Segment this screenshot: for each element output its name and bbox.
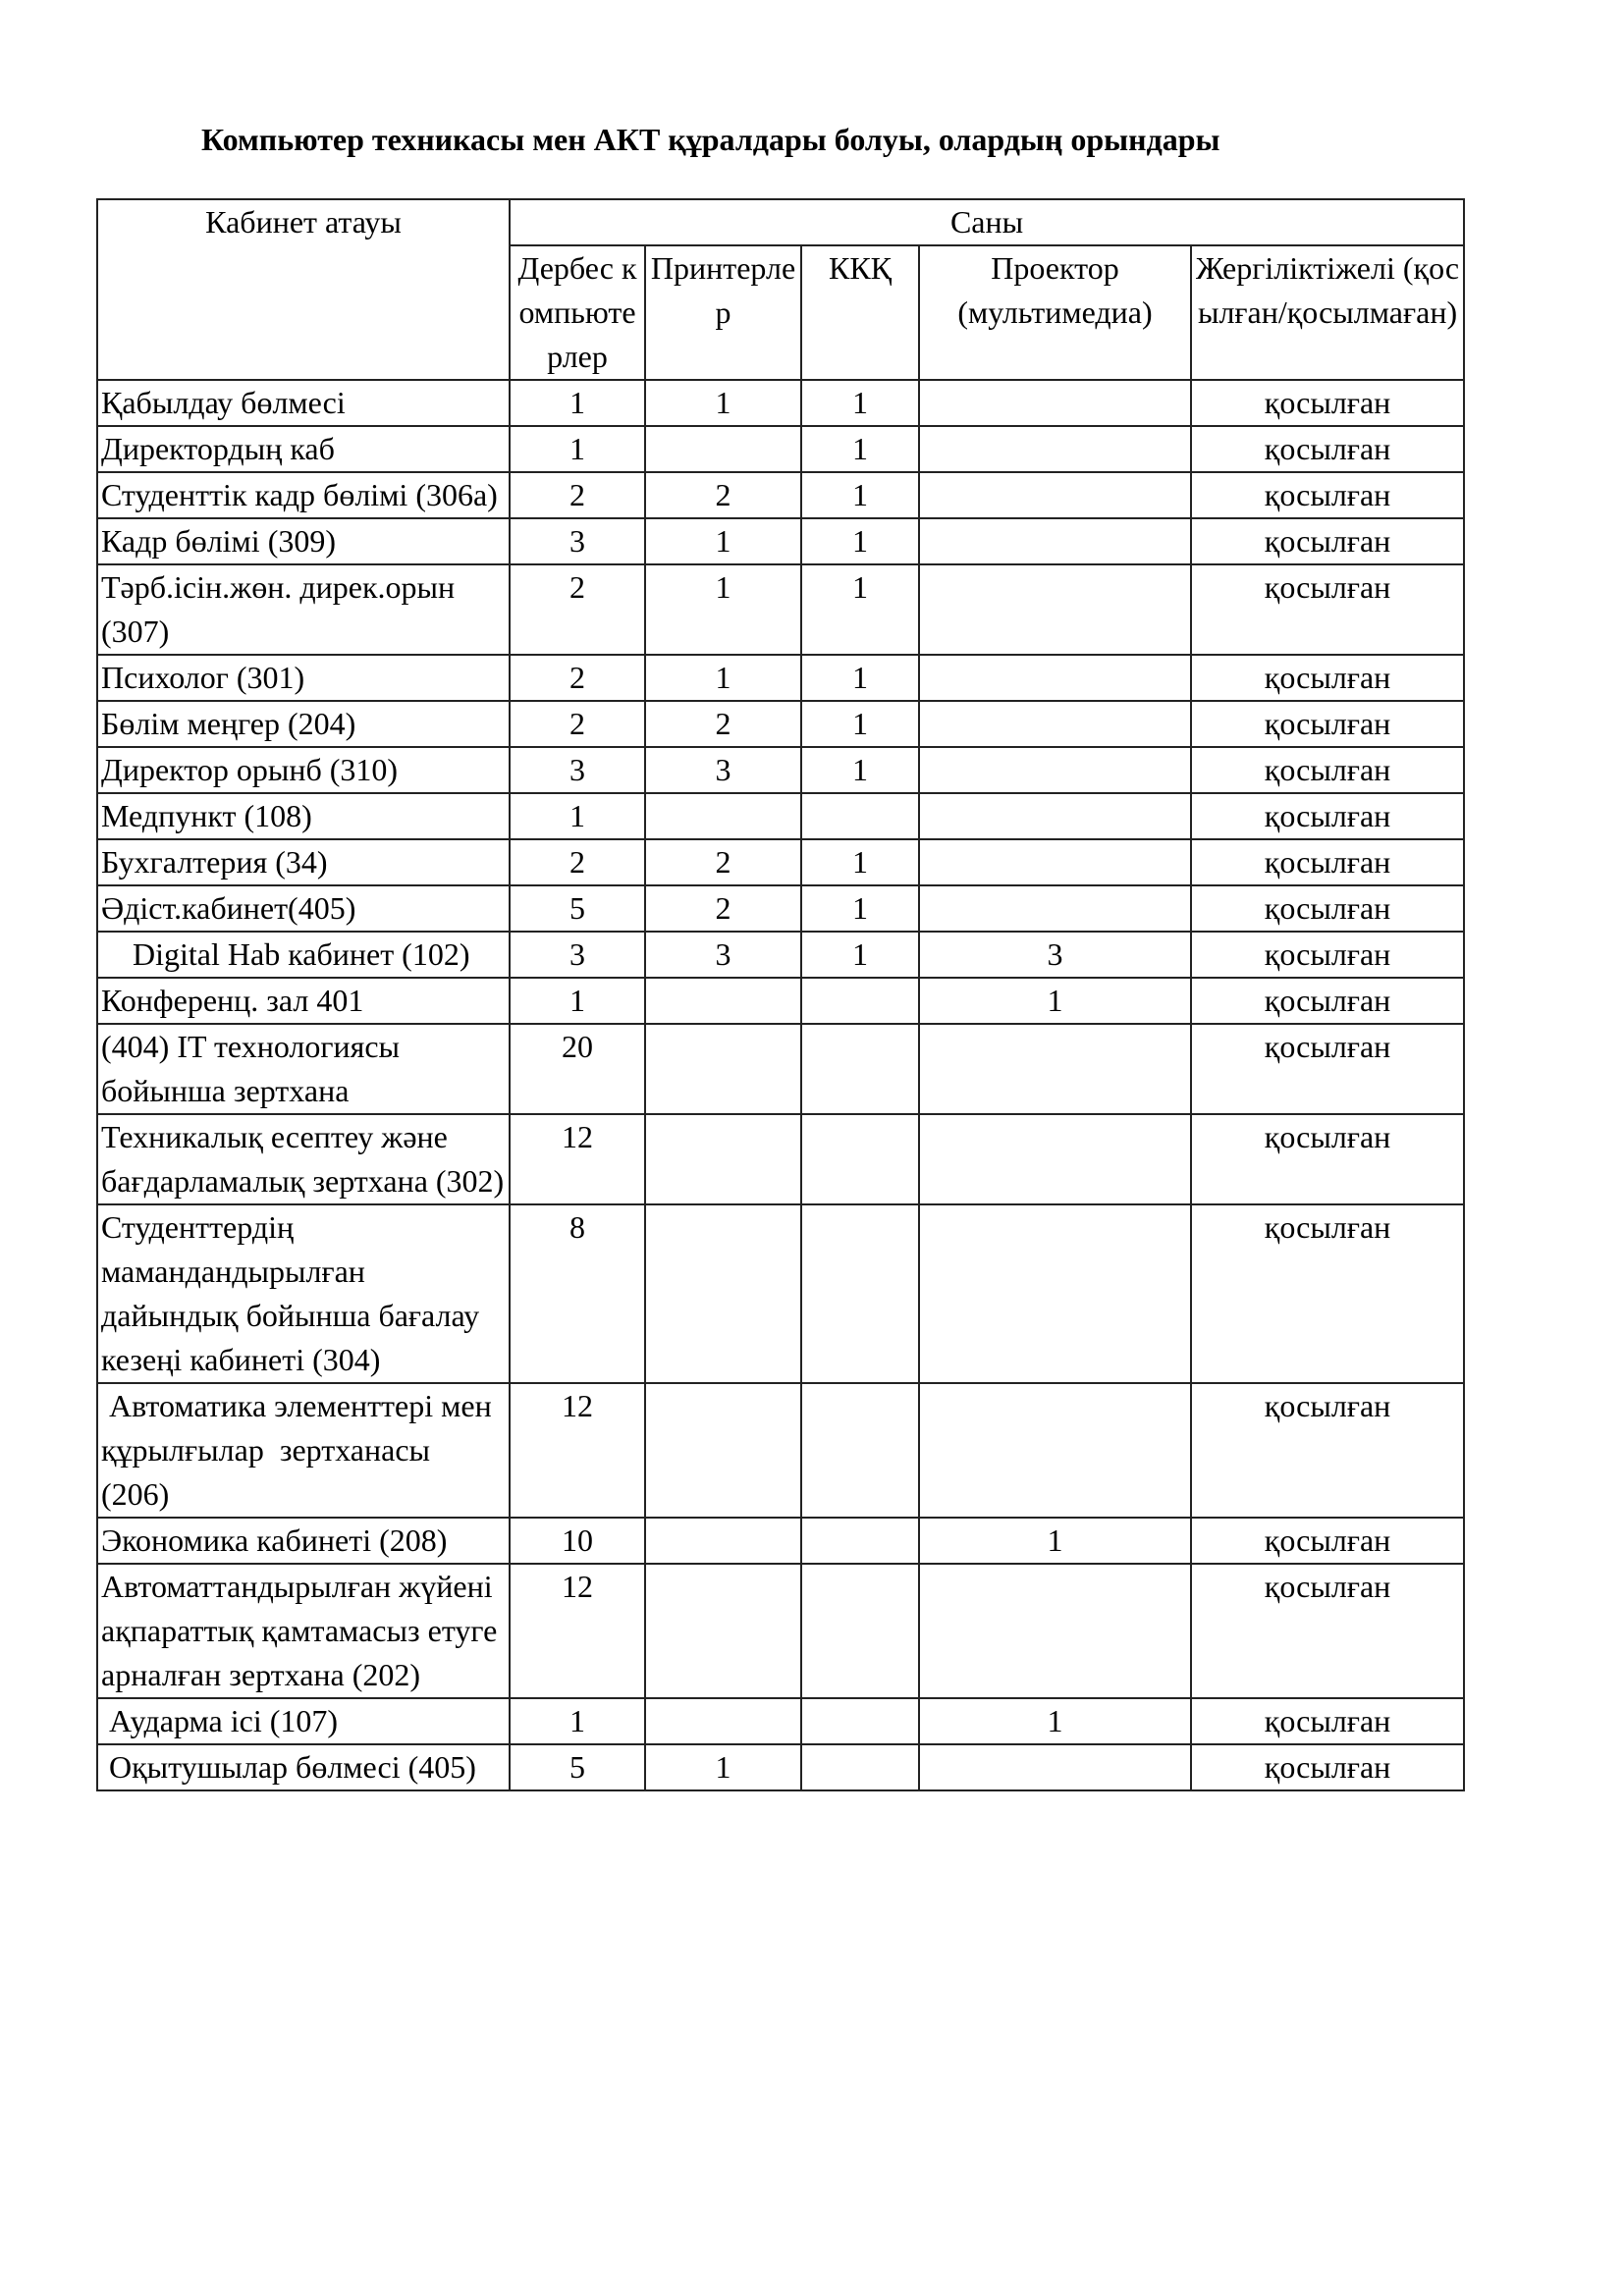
kkk-count-cell: 1: [801, 839, 919, 885]
network-status-cell: қосылған: [1191, 426, 1464, 472]
pc-count-cell: 2: [510, 655, 645, 701]
printer-count-cell: [645, 1024, 801, 1114]
network-status-cell: қосылған: [1191, 701, 1464, 747]
pc-count-cell: 1: [510, 380, 645, 426]
room-name-cell: Тәрб.ісін.жөн. дирек.орын (307): [97, 564, 510, 655]
table-row: (404) IT технологиясы бойынша зертхана20…: [97, 1024, 1464, 1114]
table-row: Экономика кабинеті (208)101қосылған: [97, 1518, 1464, 1564]
pc-count-cell: 1: [510, 1698, 645, 1744]
equipment-table: Кабинет атауы Саны Дербес компьютерлер П…: [96, 198, 1465, 1791]
network-status-cell: қосылған: [1191, 1114, 1464, 1204]
kkk-count-cell: 1: [801, 564, 919, 655]
network-status-cell: қосылған: [1191, 978, 1464, 1024]
network-status-cell: қосылған: [1191, 839, 1464, 885]
room-name-cell: (404) IT технологиясы бойынша зертхана: [97, 1024, 510, 1114]
network-status-cell: қосылған: [1191, 1698, 1464, 1744]
printer-count-cell: [645, 978, 801, 1024]
table-row: Студенттердің мамандандырылған дайындық …: [97, 1204, 1464, 1383]
kkk-count-cell: [801, 1114, 919, 1204]
header-printers: Принтерлер: [645, 245, 801, 380]
kkk-count-cell: [801, 1024, 919, 1114]
projector-count-cell: [919, 701, 1191, 747]
network-status-cell: қосылған: [1191, 1518, 1464, 1564]
pc-count-cell: 2: [510, 839, 645, 885]
projector-count-cell: [919, 839, 1191, 885]
table-row: Техникалық есептеу және бағдарламалық зе…: [97, 1114, 1464, 1204]
projector-count-cell: [919, 1114, 1191, 1204]
network-status-cell: қосылған: [1191, 564, 1464, 655]
projector-count-cell: [919, 518, 1191, 564]
header-room-name: Кабинет атауы: [97, 199, 510, 380]
room-name-cell: Автоматтандырылған жүйені ақпараттық қам…: [97, 1564, 510, 1698]
table-row: Автоматика элементтері мен құрылғылар зе…: [97, 1383, 1464, 1518]
kkk-count-cell: [801, 1383, 919, 1518]
printer-count-cell: [645, 793, 801, 839]
kkk-count-cell: 1: [801, 701, 919, 747]
room-name-cell: Техникалық есептеу және бағдарламалық зе…: [97, 1114, 510, 1204]
printer-count-cell: [645, 1698, 801, 1744]
pc-count-cell: 2: [510, 701, 645, 747]
room-name-cell: Кадр бөлімі (309): [97, 518, 510, 564]
kkk-count-cell: 1: [801, 518, 919, 564]
room-name-cell: Бөлім меңгер (204): [97, 701, 510, 747]
network-status-cell: қосылған: [1191, 1564, 1464, 1698]
table-row: Кадр бөлімі (309)311қосылған: [97, 518, 1464, 564]
pc-count-cell: 2: [510, 564, 645, 655]
printer-count-cell: [645, 1518, 801, 1564]
room-name-cell: Студенттердің мамандандырылған дайындық …: [97, 1204, 510, 1383]
table-row: Бухгалтерия (34)221қосылған: [97, 839, 1464, 885]
projector-count-cell: [919, 472, 1191, 518]
table-row: Медпункт (108)1қосылған: [97, 793, 1464, 839]
projector-count-cell: [919, 1024, 1191, 1114]
projector-count-cell: [919, 1564, 1191, 1698]
kkk-count-cell: 1: [801, 747, 919, 793]
room-name-cell: Digital Hab кабинет (102): [97, 932, 510, 978]
printer-count-cell: [645, 1383, 801, 1518]
room-name-cell: Аударма ісі (107): [97, 1698, 510, 1744]
kkk-count-cell: 1: [801, 932, 919, 978]
printer-count-cell: 1: [645, 564, 801, 655]
table-body: Қабылдау бөлмесі111қосылғанДиректордың к…: [97, 380, 1464, 1790]
table-row: Конференц. зал 40111қосылған: [97, 978, 1464, 1024]
projector-count-cell: 1: [919, 1698, 1191, 1744]
printer-count-cell: 2: [645, 701, 801, 747]
table-row: Digital Hab кабинет (102)3313қосылған: [97, 932, 1464, 978]
room-name-cell: Қабылдау бөлмесі: [97, 380, 510, 426]
pc-count-cell: 8: [510, 1204, 645, 1383]
room-name-cell: Психолог (301): [97, 655, 510, 701]
projector-count-cell: [919, 885, 1191, 932]
table-row: Аударма ісі (107)11қосылған: [97, 1698, 1464, 1744]
network-status-cell: қосылған: [1191, 747, 1464, 793]
projector-count-cell: 1: [919, 1518, 1191, 1564]
pc-count-cell: 12: [510, 1114, 645, 1204]
kkk-count-cell: 1: [801, 885, 919, 932]
room-name-cell: Студенттік кадр бөлімі (306а): [97, 472, 510, 518]
network-status-cell: қосылған: [1191, 1024, 1464, 1114]
pc-count-cell: 5: [510, 1744, 645, 1790]
printer-count-cell: [645, 1204, 801, 1383]
printer-count-cell: 2: [645, 839, 801, 885]
printer-count-cell: [645, 1114, 801, 1204]
pc-count-cell: 12: [510, 1383, 645, 1518]
projector-count-cell: [919, 380, 1191, 426]
header-row-top: Кабинет атауы Саны: [97, 199, 1464, 245]
network-status-cell: қосылған: [1191, 1383, 1464, 1518]
projector-count-cell: [919, 655, 1191, 701]
network-status-cell: қосылған: [1191, 518, 1464, 564]
pc-count-cell: 1: [510, 793, 645, 839]
pc-count-cell: 20: [510, 1024, 645, 1114]
printer-count-cell: 2: [645, 885, 801, 932]
projector-count-cell: [919, 1204, 1191, 1383]
table-row: Автоматтандырылған жүйені ақпараттық қам…: [97, 1564, 1464, 1698]
kkk-count-cell: 1: [801, 655, 919, 701]
table-row: Оқытушылар бөлмесі (405)51қосылған: [97, 1744, 1464, 1790]
network-status-cell: қосылған: [1191, 1204, 1464, 1383]
printer-count-cell: 1: [645, 1744, 801, 1790]
header-projector: Проектор (мультимедиа): [919, 245, 1191, 380]
kkk-count-cell: [801, 978, 919, 1024]
pc-count-cell: 12: [510, 1564, 645, 1698]
kkk-count-cell: 1: [801, 426, 919, 472]
header-pc: Дербес компьютерлер: [510, 245, 645, 380]
table-row: Қабылдау бөлмесі111қосылған: [97, 380, 1464, 426]
room-name-cell: Автоматика элементтері мен құрылғылар зе…: [97, 1383, 510, 1518]
header-kkk: ККҚ: [801, 245, 919, 380]
network-status-cell: қосылған: [1191, 380, 1464, 426]
pc-count-cell: 2: [510, 472, 645, 518]
table-row: Тәрб.ісін.жөн. дирек.орын (307)211қосылғ…: [97, 564, 1464, 655]
pc-count-cell: 1: [510, 978, 645, 1024]
pc-count-cell: 3: [510, 518, 645, 564]
projector-count-cell: 1: [919, 978, 1191, 1024]
kkk-count-cell: 1: [801, 472, 919, 518]
kkk-count-cell: [801, 1564, 919, 1698]
network-status-cell: қосылған: [1191, 885, 1464, 932]
pc-count-cell: 3: [510, 932, 645, 978]
pc-count-cell: 10: [510, 1518, 645, 1564]
kkk-count-cell: [801, 793, 919, 839]
room-name-cell: Экономика кабинеті (208): [97, 1518, 510, 1564]
projector-count-cell: [919, 1744, 1191, 1790]
room-name-cell: Конференц. зал 401: [97, 978, 510, 1024]
kkk-count-cell: [801, 1518, 919, 1564]
header-count-group: Саны: [510, 199, 1464, 245]
printer-count-cell: 3: [645, 932, 801, 978]
network-status-cell: қосылған: [1191, 472, 1464, 518]
printer-count-cell: [645, 426, 801, 472]
projector-count-cell: [919, 564, 1191, 655]
projector-count-cell: [919, 747, 1191, 793]
room-name-cell: Директордың каб: [97, 426, 510, 472]
projector-count-cell: [919, 426, 1191, 472]
network-status-cell: қосылған: [1191, 1744, 1464, 1790]
kkk-count-cell: [801, 1744, 919, 1790]
printer-count-cell: 3: [645, 747, 801, 793]
projector-count-cell: [919, 793, 1191, 839]
room-name-cell: Медпункт (108): [97, 793, 510, 839]
printer-count-cell: 2: [645, 472, 801, 518]
projector-count-cell: [919, 1383, 1191, 1518]
printer-count-cell: 1: [645, 380, 801, 426]
table-row: Психолог (301)211қосылған: [97, 655, 1464, 701]
kkk-count-cell: 1: [801, 380, 919, 426]
network-status-cell: қосылған: [1191, 793, 1464, 839]
pc-count-cell: 1: [510, 426, 645, 472]
printer-count-cell: 1: [645, 655, 801, 701]
network-status-cell: қосылған: [1191, 932, 1464, 978]
room-name-cell: Директор орынб (310): [97, 747, 510, 793]
printer-count-cell: 1: [645, 518, 801, 564]
pc-count-cell: 5: [510, 885, 645, 932]
printer-count-cell: [645, 1564, 801, 1698]
network-status-cell: қосылған: [1191, 655, 1464, 701]
document-title: Компьютер техникасы мен АКТ құралдары бо…: [201, 122, 1478, 158]
table-row: Бөлім меңгер (204)221қосылған: [97, 701, 1464, 747]
table-row: Директор орынб (310)331қосылған: [97, 747, 1464, 793]
room-name-cell: Оқытушылар бөлмесі (405): [97, 1744, 510, 1790]
room-name-cell: Әдіст.кабинет(405): [97, 885, 510, 932]
projector-count-cell: 3: [919, 932, 1191, 978]
header-network: Жергіліктіжелі (қосылған/қосылмаған): [1191, 245, 1464, 380]
kkk-count-cell: [801, 1204, 919, 1383]
table-row: Директордың каб11қосылған: [97, 426, 1464, 472]
table-row: Әдіст.кабинет(405)521қосылған: [97, 885, 1464, 932]
kkk-count-cell: [801, 1698, 919, 1744]
table-row: Студенттік кадр бөлімі (306а)221қосылған: [97, 472, 1464, 518]
pc-count-cell: 3: [510, 747, 645, 793]
room-name-cell: Бухгалтерия (34): [97, 839, 510, 885]
